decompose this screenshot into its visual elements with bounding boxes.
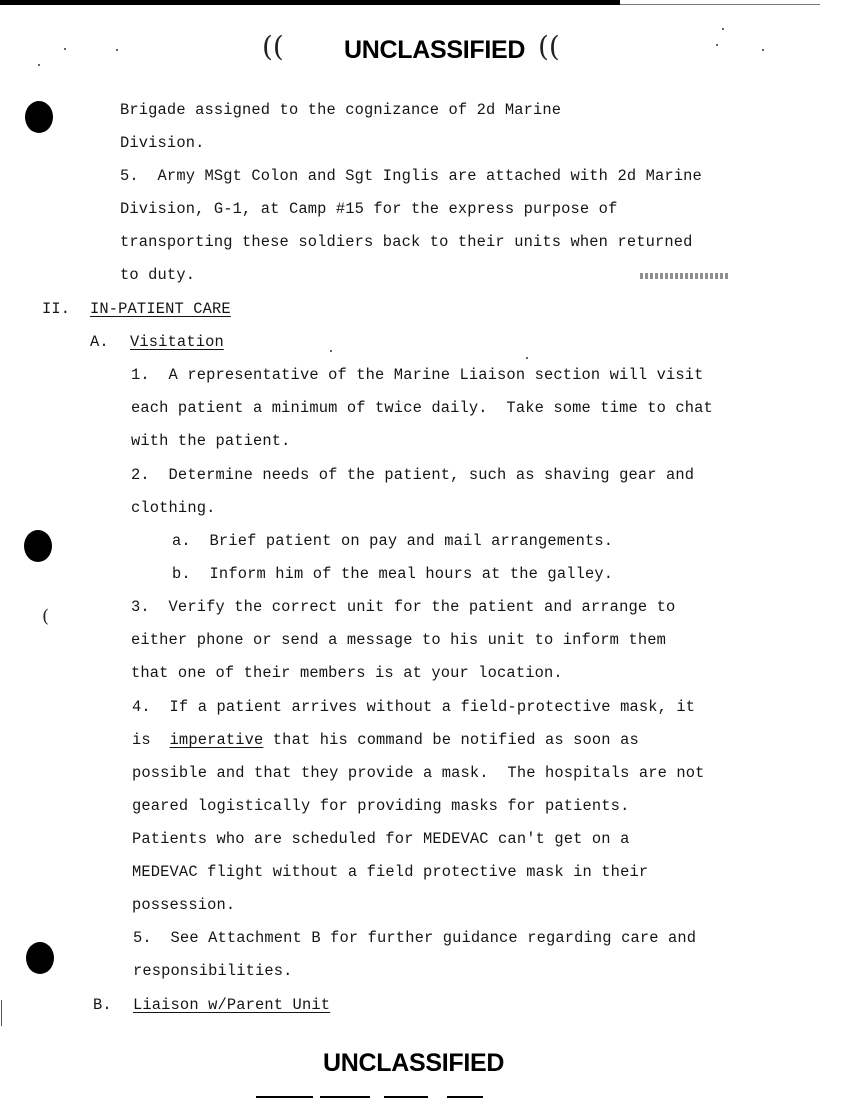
emphasis-text: imperative <box>170 731 264 749</box>
item-text: is <box>132 731 170 749</box>
item-line: Patients who are scheduled for MEDEVAC c… <box>132 830 629 848</box>
item-line: MEDEVAC flight without a field protectiv… <box>132 863 648 881</box>
scan-speck <box>330 350 332 352</box>
scan-smudge <box>640 273 730 279</box>
scan-speck <box>38 64 40 66</box>
scan-speck <box>762 49 764 51</box>
item-line: with the patient. <box>131 432 291 450</box>
item-line: possible and that they provide a mask. T… <box>132 764 705 782</box>
scan-speck <box>716 44 718 46</box>
item-line: geared logistically for providing masks … <box>132 797 629 815</box>
scan-edge <box>1 1000 2 1026</box>
item-line: 2. Determine needs of the patient, such … <box>131 466 694 484</box>
item-line: possession. <box>132 896 235 914</box>
text-line: transporting these soldiers back to thei… <box>120 233 693 251</box>
subsection-letter: B. <box>93 996 112 1014</box>
item-line: 5. See Attachment B for further guidance… <box>133 929 696 947</box>
item-line: 1. A representative of the Marine Liaiso… <box>131 366 704 384</box>
text-line: Brigade assigned to the cognizance of 2d… <box>120 101 561 119</box>
top-rule <box>0 0 620 5</box>
bottom-rule <box>320 1096 370 1098</box>
item-line: 4. If a patient arrives without a field-… <box>132 698 695 716</box>
bottom-rule <box>447 1096 483 1098</box>
handwritten-mark-left: (( <box>262 30 284 63</box>
subitem-line: a. Brief patient on pay and mail arrange… <box>172 532 613 550</box>
subsection-title: Liaison w/Parent Unit <box>133 996 330 1014</box>
item-line: clothing. <box>131 499 215 517</box>
punch-hole <box>25 101 53 133</box>
section-title: IN-PATIENT CARE <box>90 300 231 318</box>
subsection-title: Visitation <box>130 333 224 351</box>
text-line: 5. Army MSgt Colon and Sgt Inglis are at… <box>120 167 702 185</box>
item-line: either phone or send a message to his un… <box>131 631 666 649</box>
item-line: is imperative that his command be notifi… <box>132 731 639 749</box>
item-line: responsibilities. <box>133 962 293 980</box>
section-number: II. <box>42 300 70 318</box>
item-line: 3. Verify the correct unit for the patie… <box>131 598 675 616</box>
scan-speck <box>116 49 118 51</box>
subsection-letter: A. <box>90 333 109 351</box>
punch-hole <box>26 942 54 974</box>
classification-header: UNCLASSIFIED <box>344 36 525 65</box>
text-line: Division, G-1, at Camp #15 for the expre… <box>120 200 617 218</box>
text-line: to duty. <box>120 266 195 284</box>
bottom-rule <box>256 1096 313 1098</box>
subitem-line: b. Inform him of the meal hours at the g… <box>172 565 613 583</box>
classification-footer: UNCLASSIFIED <box>323 1049 504 1078</box>
text-line: Division. <box>120 134 204 152</box>
punch-hole <box>24 530 52 562</box>
bottom-rule <box>384 1096 428 1098</box>
margin-bracket: ( <box>42 606 49 627</box>
scan-speck <box>64 48 66 50</box>
handwritten-mark-right: (( <box>538 30 560 63</box>
item-text: that his command be notified as soon as <box>263 731 638 749</box>
item-line: each patient a minimum of twice daily. T… <box>131 399 713 417</box>
top-rule-thin <box>620 4 820 5</box>
item-line: that one of their members is at your loc… <box>131 664 563 682</box>
scan-speck <box>722 28 724 30</box>
scan-speck <box>526 357 528 359</box>
document-page: (( UNCLASSIFIED (( Brigade assigned to t… <box>0 0 850 1099</box>
